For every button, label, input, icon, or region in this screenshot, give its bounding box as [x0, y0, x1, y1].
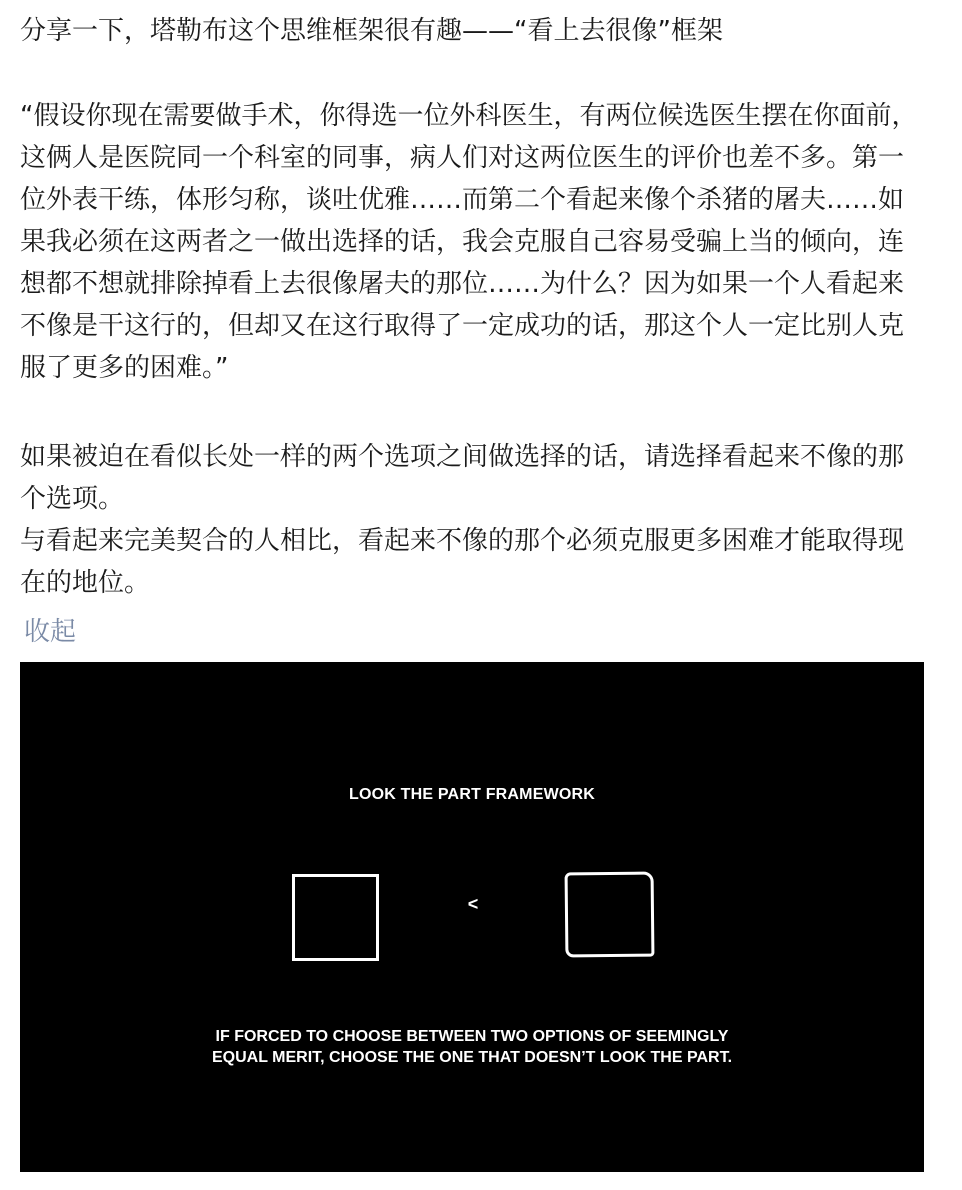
- post-title: 分享一下，塔勒布这个思维框架很有趣——“看上去很像”框架: [20, 10, 930, 52]
- neat-square-icon: [292, 874, 379, 961]
- less-than-symbol: <: [463, 894, 483, 915]
- collapse-link[interactable]: 收起: [24, 612, 76, 652]
- post-image-look-the-part[interactable]: LOOK THE PART FRAMEWORK < IF FORCED TO C…: [20, 662, 924, 1172]
- post-quote-paragraph: “假设你现在需要做手术，你得选一位外科医生，有两位候选医生摆在你面前，这俩人是医…: [20, 95, 924, 389]
- caption-line-1: IF FORCED TO CHOOSE BETWEEN TWO OPTIONS …: [20, 1026, 924, 1047]
- caption-line-2: EQUAL MERIT, CHOOSE THE ONE THAT DOESN’T…: [20, 1047, 924, 1068]
- hand-drawn-square-icon: [565, 872, 655, 958]
- advice-line-1: 如果被迫在看似长处一样的两个选项之间做选择的话，请选择看起来不像的那个选项。: [20, 436, 924, 520]
- figure-title: LOOK THE PART FRAMEWORK: [20, 786, 924, 804]
- post-advice-paragraph: 如果被迫在看似长处一样的两个选项之间做选择的话，请选择看起来不像的那个选项。 与…: [20, 436, 924, 604]
- figure-caption: IF FORCED TO CHOOSE BETWEEN TWO OPTIONS …: [20, 1026, 924, 1068]
- advice-line-2: 与看起来完美契合的人相比，看起来不像的那个必须克服更多困难才能取得现在的地位。: [20, 520, 924, 604]
